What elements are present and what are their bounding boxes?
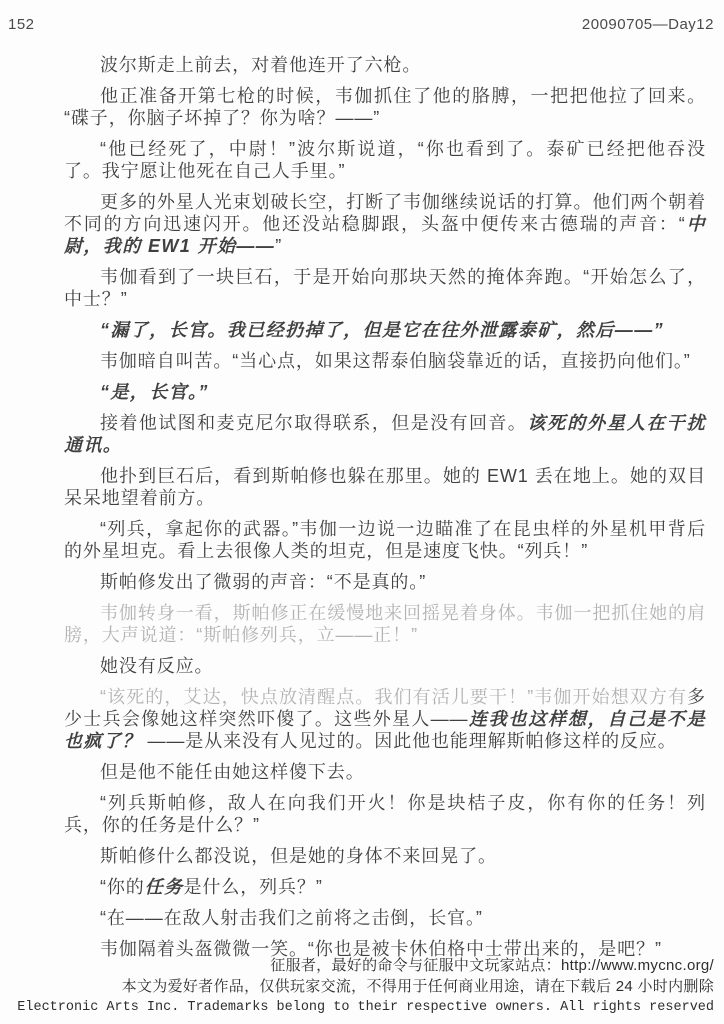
footer-trademark-notice: Electronic Arts Inc. Trademarks belong t… bbox=[8, 997, 714, 1018]
paragraph: “列兵，拿起你的武器。”韦伽一边说一边瞄准了在昆虫样的外星机甲背后的外星坦克。看… bbox=[64, 518, 706, 562]
text-segment: 波尔斯走上前去，对着他连开了六枪。 bbox=[100, 55, 421, 75]
paragraph: 波尔斯走上前去，对着他连开了六枪。 bbox=[64, 54, 706, 76]
paragraph: 接着他试图和麦克尼尔取得联系，但是没有回音。该死的外星人在干扰通讯。 bbox=[64, 412, 706, 456]
paragraph: 韦伽暗自叫苦。“当心点，如果这帮泰伯脑袋靠近的话，直接扔向他们。” bbox=[64, 350, 706, 372]
paragraph: 韦伽转身一看，斯帕修正在缓慢地来回摇晃着身体。韦伽一把抓住她的肩膀，大声说道：“… bbox=[64, 602, 706, 646]
text-segment: “在——在敌人射击我们之前将之击倒，长官。” bbox=[100, 908, 483, 928]
page-footer: 征服者，最好的命令与征服中文玩家站点：http://www.mycnc.org/… bbox=[8, 955, 714, 1018]
text-segment: 韦伽看到了一块巨石，于是开始向那块天然的掩体奔跑。“开始怎么了，中士？” bbox=[64, 267, 706, 309]
paragraph: “你的任务是什么，列兵？” bbox=[64, 876, 706, 898]
paragraph: “漏了，长官。我已经扔掉了，但是它在往外泄露泰矿，然后——” bbox=[64, 319, 706, 341]
text-segment: 斯帕修发出了微弱的声音：“不是真的。” bbox=[100, 572, 426, 592]
page-number: 152 bbox=[8, 16, 35, 33]
paragraph: 她没有反应。 bbox=[64, 655, 706, 677]
text-segment: 他正准备开第七枪的时候，韦伽抓住了他的胳膊，一把把他拉了回来。“碟子，你脑子坏掉… bbox=[64, 86, 706, 128]
text-segment: 接着他试图和麦克尼尔取得联系，但是没有回音。 bbox=[100, 413, 527, 433]
text-segment: 但是他不能任由她这样傻下去。 bbox=[100, 762, 365, 782]
page-header: 152 20090705—Day12 bbox=[8, 16, 714, 33]
text-segment: “是，长官。” bbox=[100, 382, 209, 402]
paragraph: 斯帕修发出了微弱的声音：“不是真的。” bbox=[64, 571, 706, 593]
text-segment: 她没有反应。 bbox=[100, 656, 213, 676]
text-segment: 他扑到巨石后，看到斯帕修也躲在那里。她的 EW1 丢在地上。她的双目呆呆地望着前… bbox=[64, 466, 706, 508]
text-segment: 斯帕修什么都没说，但是她的身体不来回晃了。 bbox=[100, 846, 497, 866]
paragraph: 他扑到巨石后，看到斯帕修也躲在那里。她的 EW1 丢在地上。她的双目呆呆地望着前… bbox=[64, 465, 706, 509]
scanned-novel-page: 152 20090705—Day12 波尔斯走上前去，对着他连开了六枪。他正准备… bbox=[0, 0, 724, 1024]
paragraph: 韦伽看到了一块巨石，于是开始向那块天然的掩体奔跑。“开始怎么了，中士？” bbox=[64, 266, 706, 310]
text-segment: “列兵，拿起你的武器。”韦伽一边说一边瞄准了在昆虫样的外星机甲背后的外星坦克。看… bbox=[64, 519, 706, 561]
text-segment: 韦伽暗自叫苦。“当心点，如果这帮泰伯脑袋靠近的话，直接扔向他们。” bbox=[100, 351, 691, 371]
paragraph: 但是他不能任由她这样傻下去。 bbox=[64, 761, 706, 783]
paragraph: “在——在敌人射击我们之前将之击倒，长官。” bbox=[64, 907, 706, 929]
text-segment: 是什么，列兵？” bbox=[184, 877, 323, 897]
text-segment: 任务 bbox=[145, 877, 184, 897]
header-date-label: 20090705—Day12 bbox=[582, 16, 714, 33]
paragraph: 更多的外星人光束划破长空，打断了韦伽继续说话的打算。他们两个朝着不同的方向迅速闪… bbox=[64, 191, 706, 257]
text-segment: “你的 bbox=[100, 877, 145, 897]
text-segment: “列兵斯帕修，敌人在向我们开火！你是块桔子皮，你有你的任务！列兵，你的任务是什么… bbox=[64, 793, 706, 835]
footer-disclaimer: 本文为爱好者作品，仅供玩家交流，不得用于任何商业用途，请在下载后 24 小时内删… bbox=[8, 976, 714, 997]
text-segment: 韦伽转身一看，斯帕修正在缓慢地来回摇晃着身体。韦伽一把抓住她的肩膀，大声说道：“… bbox=[64, 603, 706, 645]
text-segment: ——是从来没有人见过的。因此他也能理解斯帕修这样的反应。 bbox=[142, 731, 677, 751]
paragraph: “列兵斯帕修，敌人在向我们开火！你是块桔子皮，你有你的任务！列兵，你的任务是什么… bbox=[64, 792, 706, 836]
text-segment: ” bbox=[275, 236, 282, 256]
text-segment: “该死的，艾达，快点放清醒点。我们有活儿要干！”韦伽开始想双方有 bbox=[100, 687, 687, 707]
paragraph: 斯帕修什么都没说，但是她的身体不来回晃了。 bbox=[64, 845, 706, 867]
text-segment: “他已经死了，中尉！”波尔斯说道，“你也看到了。泰矿已经把他吞没了。我宁愿让他死… bbox=[64, 139, 706, 181]
paragraph: 他正准备开第七枪的时候，韦伽抓住了他的胳膊，一把把他拉了回来。“碟子，你脑子坏掉… bbox=[64, 85, 706, 129]
paragraph: “是，长官。” bbox=[64, 381, 706, 403]
paragraph: “他已经死了，中尉！”波尔斯说道，“你也看到了。泰矿已经把他吞没了。我宁愿让他死… bbox=[64, 138, 706, 182]
page-content: 波尔斯走上前去，对着他连开了六枪。他正准备开第七枪的时候，韦伽抓住了他的胳膊，一… bbox=[64, 54, 706, 969]
paragraph: “该死的，艾达，快点放清醒点。我们有活儿要干！”韦伽开始想双方有多少士兵会像她这… bbox=[64, 686, 706, 752]
footer-site-credit: 征服者，最好的命令与征服中文玩家站点：http://www.mycnc.org/ bbox=[8, 955, 714, 976]
text-segment: 更多的外星人光束划破长空，打断了韦伽继续说话的打算。他们两个朝着不同的方向迅速闪… bbox=[64, 192, 706, 234]
text-segment: “漏了，长官。我已经扔掉了，但是它在往外泄露泰矿，然后——” bbox=[100, 320, 664, 340]
